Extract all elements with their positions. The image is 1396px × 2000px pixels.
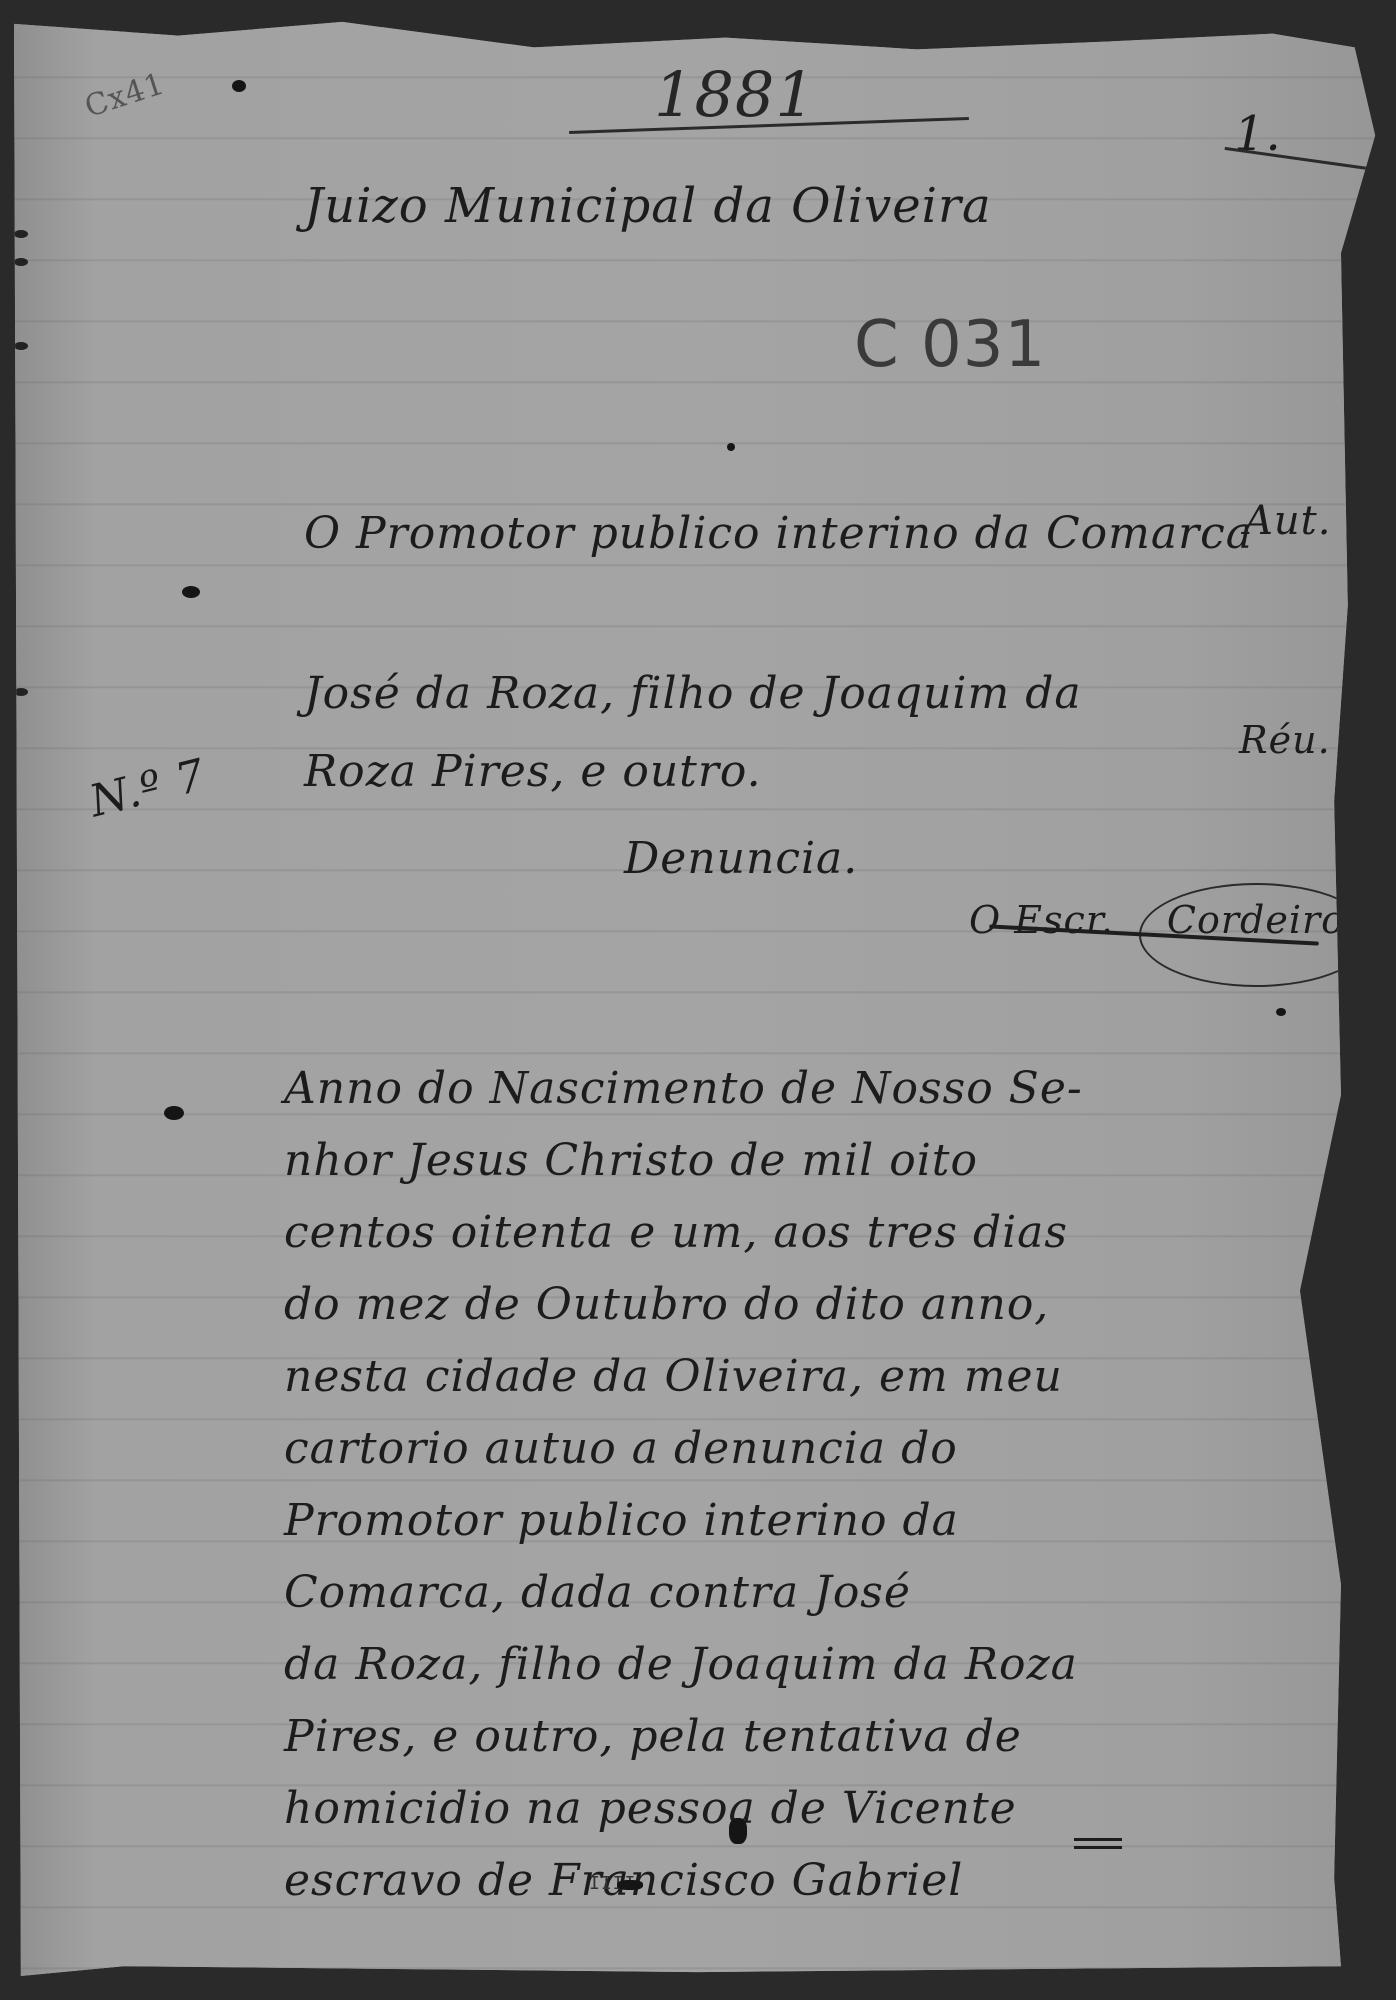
defendant-line-1: José da Roza, filho de Joaquim da <box>304 668 1082 719</box>
body-line: do mez de Outubro do dito anno, <box>284 1269 1304 1341</box>
binding-hole <box>14 258 28 266</box>
plaintiff-role: Aut. <box>1244 498 1331 544</box>
body-line: cartorio autuo a denuncia do <box>284 1413 1304 1485</box>
body-line: Anno do Nascimento de Nosso Se- <box>284 1053 1304 1125</box>
ink-blot <box>182 586 200 598</box>
body-line: nesta cidade da Oliveira, em meu <box>284 1341 1304 1413</box>
document-year: 1881 <box>654 58 816 131</box>
document-title: Denuncia. <box>624 833 858 884</box>
archive-mark: Cx41 <box>81 66 170 125</box>
ink-blot <box>232 80 246 92</box>
ink-blot <box>1336 1240 1346 1247</box>
end-of-text-mark <box>1074 1838 1122 1841</box>
body-paragraph: Anno do Nascimento de Nosso Se- nhor Jes… <box>284 1053 1304 1917</box>
ink-blot <box>729 1818 747 1844</box>
court-name: Juizo Municipal da Oliveira <box>304 178 992 234</box>
signature-line-1: O Escr. <box>969 898 1114 942</box>
document-page: Cx41 1881 1. Juizo Municipal da Oliveira… <box>14 18 1382 1976</box>
body-line: nhor Jesus Christo de mil oito <box>284 1125 1304 1197</box>
defendant-role: Réu. <box>1239 718 1331 762</box>
body-line: escravo de Francisco Gabriel <box>284 1845 1304 1917</box>
body-line: homicidio na pessoa de Vicente <box>284 1773 1304 1845</box>
catalog-code: C 031 <box>854 308 1046 382</box>
ink-blot <box>1276 1008 1286 1016</box>
binding-hole <box>14 230 28 238</box>
ink-blot <box>164 1106 184 1120</box>
body-line: Pires, e outro, pela tentativa de <box>284 1701 1304 1773</box>
body-line: centos oitenta e um, aos tres dias <box>284 1197 1304 1269</box>
body-line: da Roza, filho de Joaquim da Roza <box>284 1629 1304 1701</box>
ink-blot <box>727 443 735 451</box>
body-line: Promotor publico interino da <box>284 1485 1304 1557</box>
ink-blot <box>1336 1368 1344 1376</box>
defendant-line-2: Roza Pires, e outro. <box>304 746 762 797</box>
ink-blot <box>617 1880 643 1890</box>
binding-hole <box>14 688 28 696</box>
plaintiff: O Promotor publico interino da Comarca <box>304 508 1253 559</box>
ink-blot <box>1340 1348 1350 1356</box>
binding-hole <box>14 342 28 350</box>
body-line: Comarca, dada contra José <box>284 1557 1304 1629</box>
margin-note: N.º 7 <box>85 750 211 828</box>
